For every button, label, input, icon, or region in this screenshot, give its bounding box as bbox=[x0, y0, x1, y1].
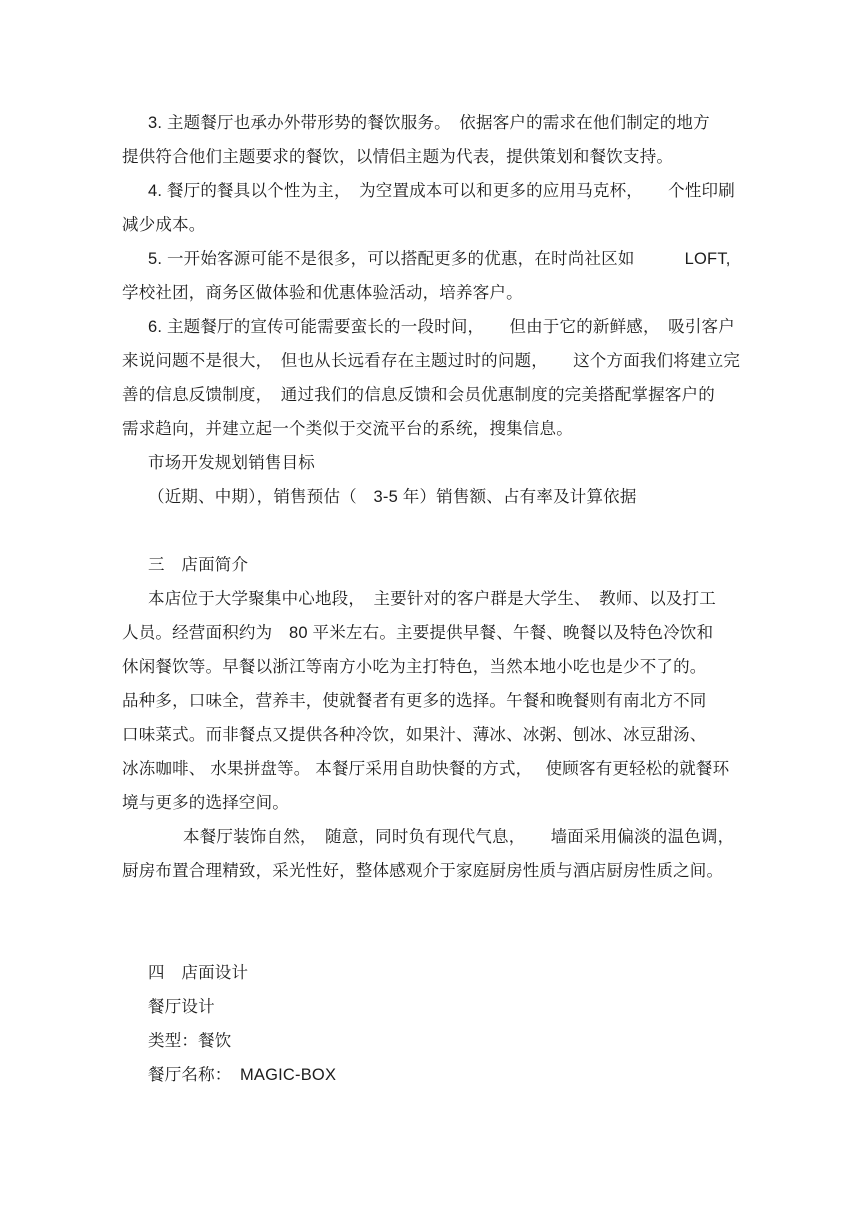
text-line: 市场开发规划销售目标 bbox=[122, 446, 742, 480]
text-line: 休闲餐饮等。早餐以浙江等南方小吃为主打特色，当然本地小吃也是少不了的。 bbox=[122, 650, 742, 684]
text-line: 餐厅名称： MAGIC-BOX bbox=[122, 1058, 742, 1092]
text-line: 类型：餐饮 bbox=[122, 1024, 742, 1058]
text-line: 6. 主题餐厅的宣传可能需要蛮长的一段时间， 但由于它的新鲜感， 吸引客户 bbox=[122, 310, 742, 344]
text-line: 需求趋向，并建立起一个类似于交流平台的系统，搜集信息。 bbox=[122, 412, 742, 446]
text-line: 减少成本。 bbox=[122, 208, 742, 242]
text-line: 本店位于大学聚集中心地段， 主要针对的客户群是大学生、 教师、以及打工 bbox=[122, 582, 742, 616]
text-line: 4. 餐厅的餐具以个性为主， 为空置成本可以和更多的应用马克杯， 个性印刷 bbox=[122, 174, 742, 208]
text-line: 提供符合他们主题要求的餐饮，以情侣主题为代表，提供策划和餐饮支持。 bbox=[122, 140, 742, 174]
blank-line bbox=[122, 514, 742, 548]
text-line: 四 店面设计 bbox=[122, 956, 742, 990]
document-page: 3. 主题餐厅也承办外带形势的餐饮服务。 依据客户的需求在他们制定的地方提供符合… bbox=[0, 0, 860, 1218]
text-line: 人员。经营面积约为 80 平米左右。主要提供早餐、午餐、晚餐以及特色冷饮和 bbox=[122, 616, 742, 650]
text-line: 善的信息反馈制度， 通过我们的信息反馈和会员优惠制度的完美搭配掌握客户的 bbox=[122, 378, 742, 412]
blank-line bbox=[122, 922, 742, 956]
text-line: （近期、中期），销售预估（ 3-5 年）销售额、占有率及计算依据 bbox=[122, 480, 742, 514]
text-line: 5. 一开始客源可能不是很多，可以搭配更多的优惠，在时尚社区如 LOFT, bbox=[122, 242, 742, 276]
text-line: 3. 主题餐厅也承办外带形势的餐饮服务。 依据客户的需求在他们制定的地方 bbox=[122, 106, 742, 140]
text-line: 口味菜式。而非餐点又提供各种冷饮，如果汁、薄冰、冰粥、刨冰、冰豆甜汤、 bbox=[122, 718, 742, 752]
text-line: 境与更多的选择空间。 bbox=[122, 786, 742, 820]
document-text-block: 3. 主题餐厅也承办外带形势的餐饮服务。 依据客户的需求在他们制定的地方提供符合… bbox=[0, 0, 860, 1092]
blank-line bbox=[122, 888, 742, 922]
text-line: 冰冻咖啡、 水果拼盘等。 本餐厅采用自助快餐的方式， 使顾客有更轻松的就餐环 bbox=[122, 752, 742, 786]
text-line: 学校社团，商务区做体验和优惠体验活动，培养客户。 bbox=[122, 276, 742, 310]
text-line: 厨房布置合理精致，采光性好，整体感观介于家庭厨房性质与酒店厨房性质之间。 bbox=[122, 854, 742, 888]
text-line: 品种多，口味全，营养丰，使就餐者有更多的选择。午餐和晚餐则有南北方不同 bbox=[122, 684, 742, 718]
text-line: 来说问题不是很大， 但也从长远看存在主题过时的问题， 这个方面我们将建立完 bbox=[122, 344, 742, 378]
text-line: 餐厅设计 bbox=[122, 990, 742, 1024]
text-line: 三 店面简介 bbox=[122, 548, 742, 582]
text-line: 本餐厅装饰自然， 随意，同时负有现代气息， 墙面采用偏淡的温色调， bbox=[122, 820, 742, 854]
